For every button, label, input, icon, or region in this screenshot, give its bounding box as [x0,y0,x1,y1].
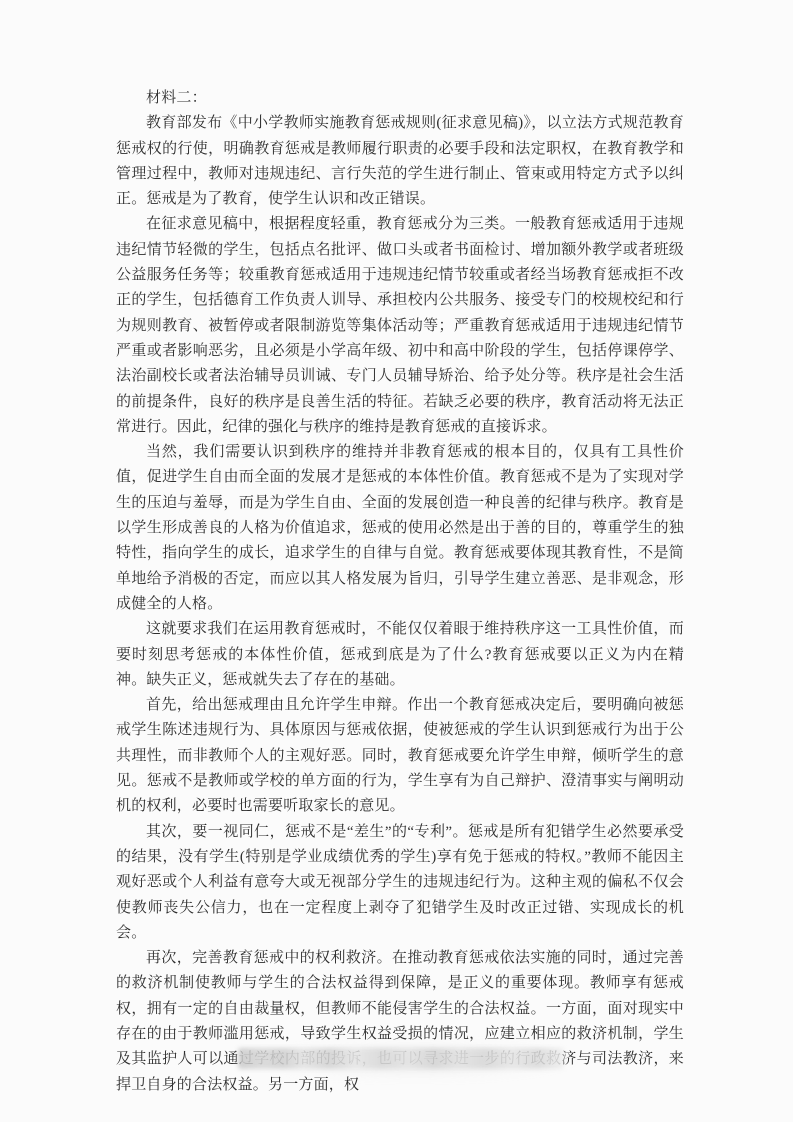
redacted-watermark-bar [238,1048,564,1069]
paragraph-three-categories: 在征求意见稿中，根据程度轻重，教育惩戒分为三类。一般教育惩戒适用于违规违纪情节轻… [116,212,684,440]
document-page: 材料二： 教育部发布《中小学教师实施教育惩戒规则(征求意见稿)》，以立法方式规范… [0,0,793,1122]
paragraph-justice-spirit: 这就要求我们在运用教育惩戒时，不能仅仅着眼于维持秩序这一工具性价值，而要时刻思考… [116,617,684,693]
material-heading: 材料二： [116,86,684,111]
paragraph-second-point: 其次，要一视同仁，惩戒不是“差生”的“专利”。惩戒是所有犯错学生必然要承受的结果… [116,820,684,946]
text-block: 材料二： 教育部发布《中小学教师实施教育惩戒规则(征求意见稿)》，以立法方式规范… [116,86,684,1098]
paragraph-first-point: 首先，给出惩戒理由且允许学生申辩。作出一个教育惩戒决定后，要明确向被惩戒学生陈述… [116,693,684,819]
paragraph-intro: 教育部发布《中小学教师实施教育惩戒规则(征求意见稿)》，以立法方式规范教育惩戒权… [116,111,684,212]
paragraph-intrinsic-value: 当然，我们需要认识到秩序的维持并非教育惩戒的根本目的，仅具有工具性价值，促进学生… [116,440,684,617]
